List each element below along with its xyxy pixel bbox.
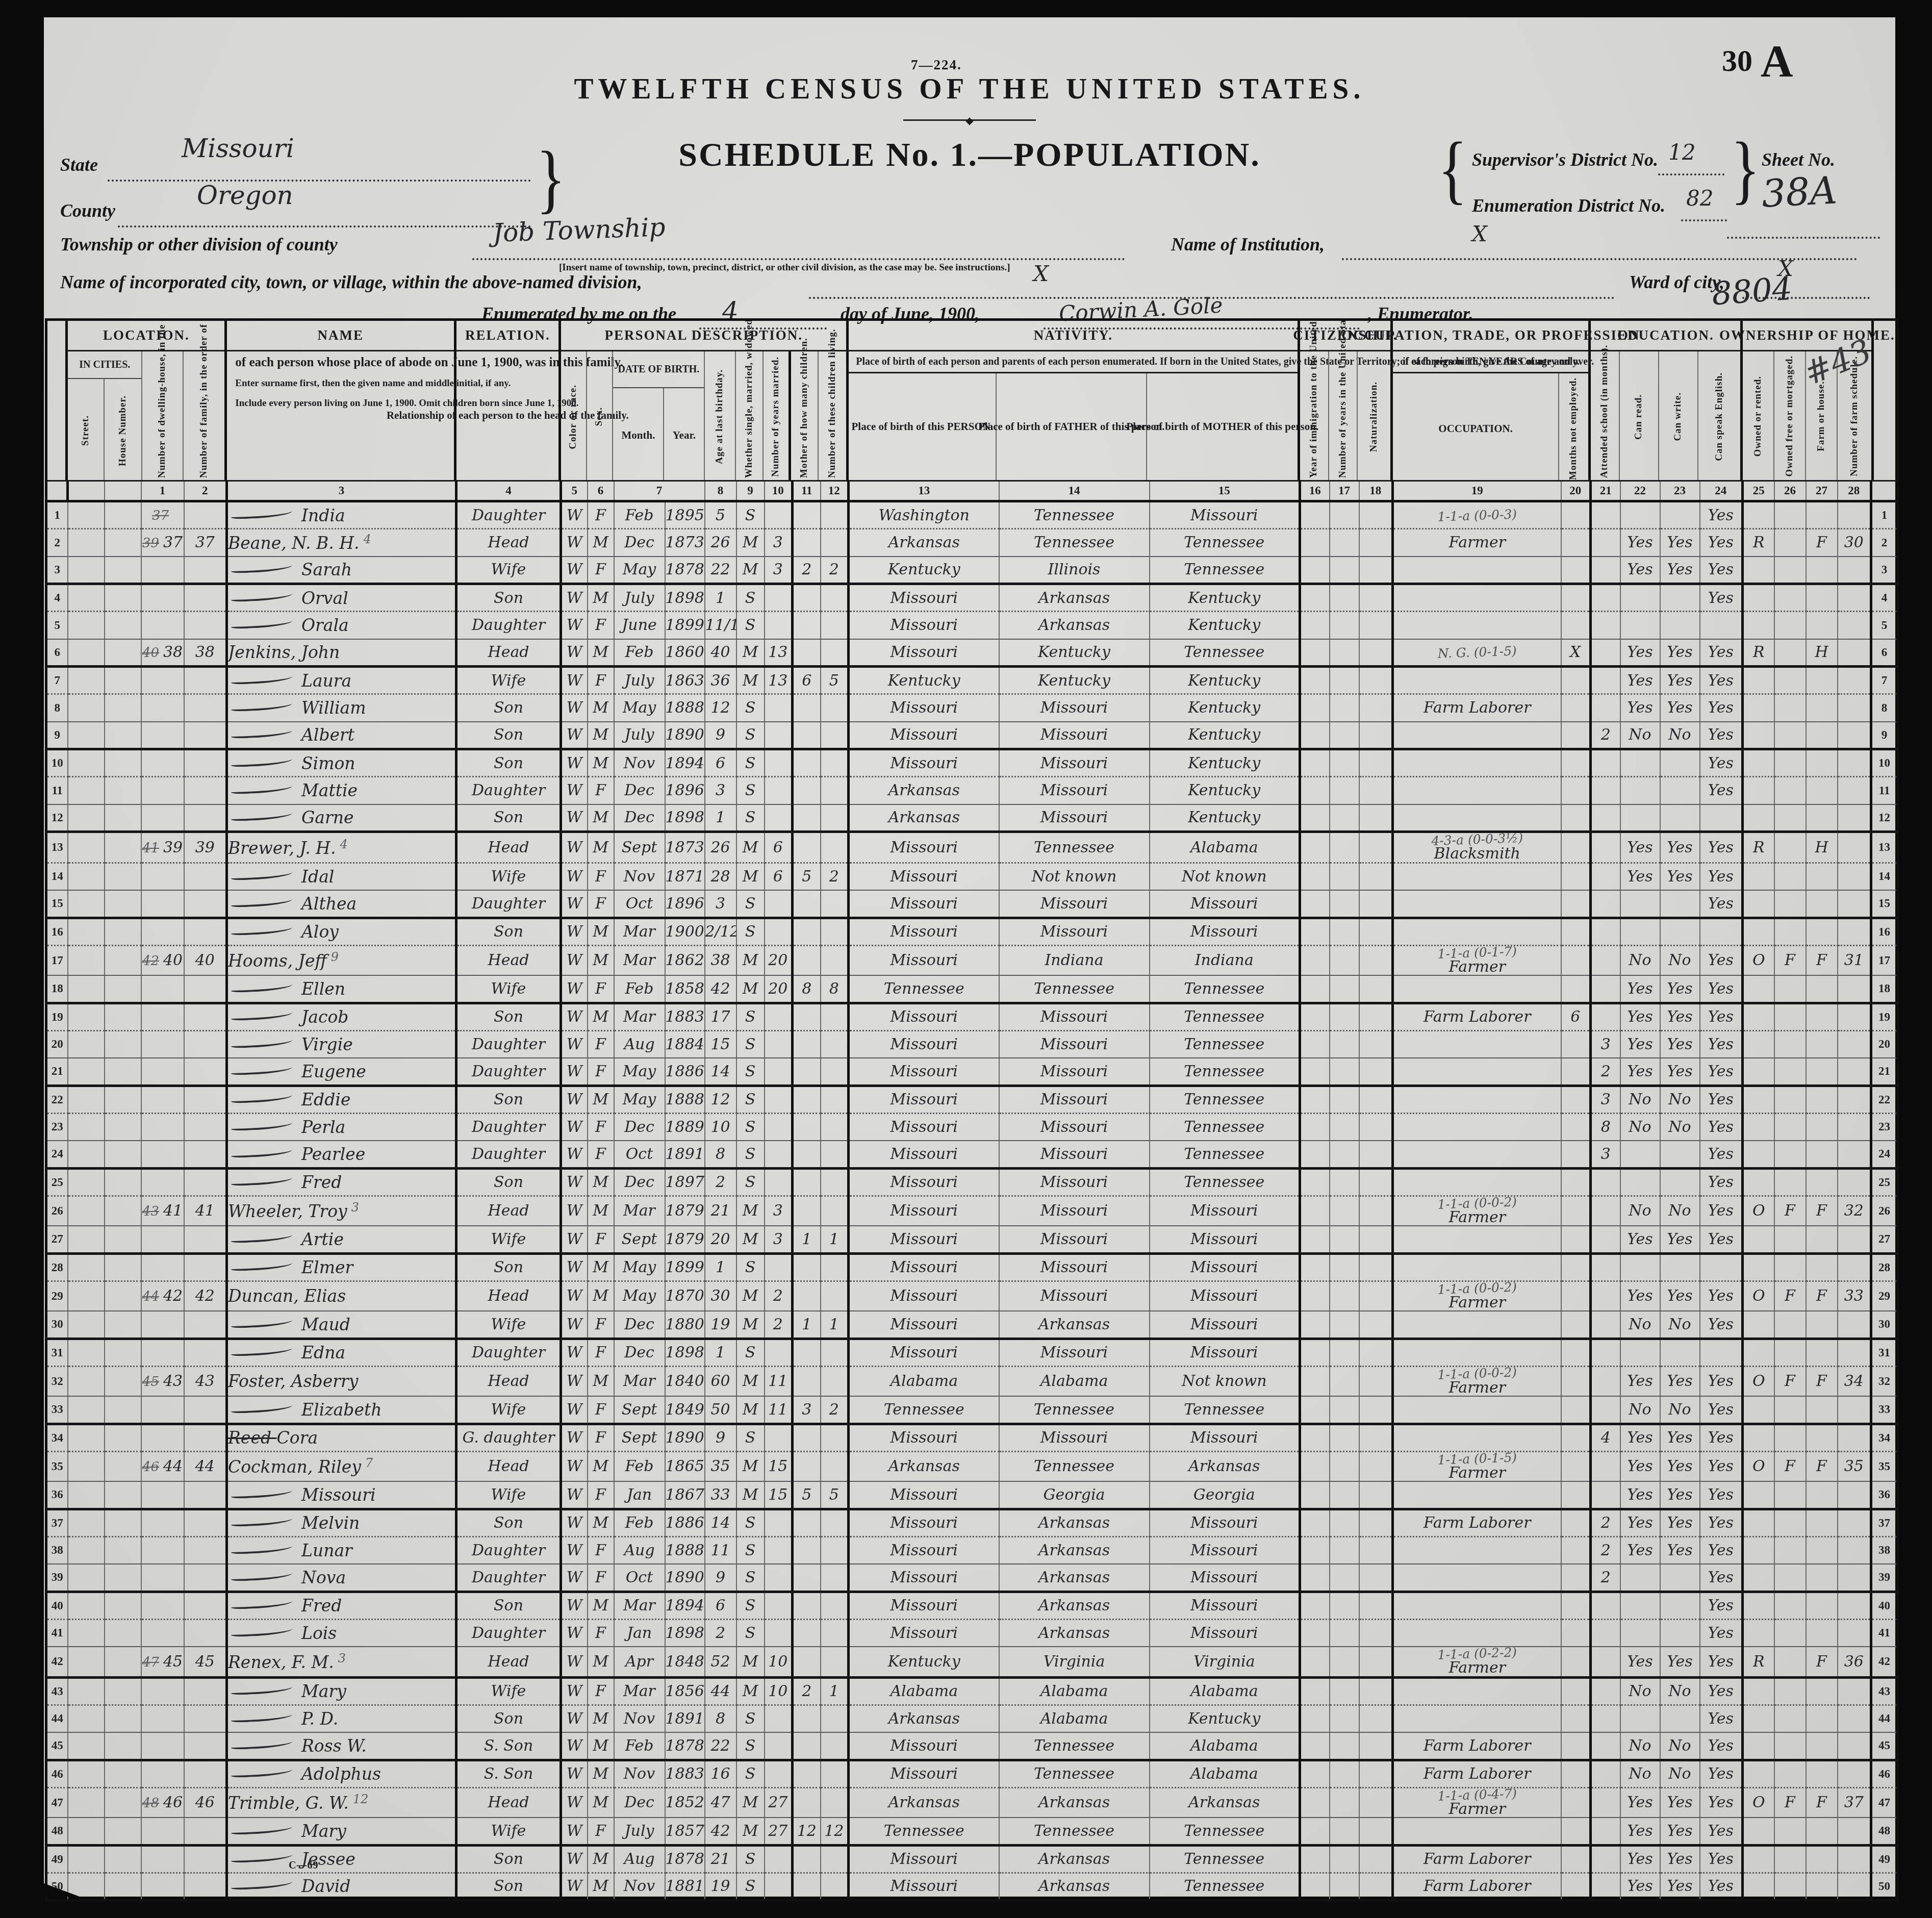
age-cell: 35 xyxy=(705,1451,736,1481)
line-number: 24 xyxy=(1871,1141,1898,1168)
ditto-mark xyxy=(231,1318,292,1328)
relation-cell: Daughter xyxy=(456,1058,561,1086)
farm-schedule-cell xyxy=(1838,1536,1871,1564)
mother-of-cell xyxy=(793,584,821,612)
pob-person-cell: Missouri xyxy=(849,1481,999,1509)
naturalization-cell xyxy=(1359,863,1393,890)
marital-cell: M xyxy=(736,639,765,667)
age-cell: 42 xyxy=(705,975,736,1003)
sheet-value: 38A xyxy=(1761,168,1838,216)
age-cell: 21 xyxy=(705,1845,736,1873)
color-cell: W xyxy=(561,1619,588,1647)
naturalization-cell xyxy=(1359,501,1393,529)
ditto-mark xyxy=(231,784,292,794)
farm-house-cell xyxy=(1806,1592,1838,1619)
col-age: Age at last birthday. xyxy=(705,351,736,481)
can-read-cell: No xyxy=(1620,945,1660,975)
group-education: EDUCATION. Attended school (in months). … xyxy=(1591,321,1743,480)
years-married-cell xyxy=(765,1705,793,1732)
column-number: 27 xyxy=(1806,481,1838,501)
birth-year-cell: 1900 xyxy=(665,918,705,945)
children-living-cell: 5 xyxy=(821,1481,849,1509)
years-us-cell xyxy=(1330,1058,1359,1086)
table-row: 2393737Beane, N. B. H.4HeadWMDec187326M3… xyxy=(46,529,1898,557)
street-cell xyxy=(68,749,105,777)
occupation-cell xyxy=(1393,1253,1561,1281)
table-header: LOCATION. IN CITIES. Street. House Numbe… xyxy=(47,321,1896,480)
free-mortgaged-cell xyxy=(1774,694,1806,722)
birth-month-cell: May xyxy=(614,1281,665,1311)
state-county-brace: } xyxy=(536,135,566,222)
farm-house-cell xyxy=(1806,1481,1838,1509)
attended-school-cell xyxy=(1591,639,1620,667)
relation-cell: Head xyxy=(456,1647,561,1677)
years-married-cell xyxy=(765,1845,793,1873)
house-number-cell xyxy=(105,1253,141,1281)
age-cell: 2 xyxy=(705,1168,736,1196)
name-cell: Maud xyxy=(227,1311,456,1339)
line-number: 44 xyxy=(46,1705,68,1732)
years-us-cell xyxy=(1330,1030,1359,1058)
pob-mother-cell: Tennessee xyxy=(1150,1873,1300,1900)
color-cell: W xyxy=(561,1311,588,1339)
family-number-cell xyxy=(184,1873,227,1900)
attended-school-cell xyxy=(1591,557,1620,584)
ditto-mark xyxy=(231,1544,292,1554)
house-number-cell xyxy=(105,529,141,557)
can-read-cell xyxy=(1620,612,1660,639)
sex-cell: M xyxy=(588,1873,614,1900)
street-cell xyxy=(68,975,105,1003)
birth-month-cell: Dec xyxy=(614,1787,665,1818)
pob-person-cell: Missouri xyxy=(849,863,999,890)
sex-cell: M xyxy=(588,722,614,749)
dwelling-number-cell xyxy=(141,1396,184,1424)
street-cell xyxy=(68,1677,105,1705)
immigration-cell xyxy=(1300,1424,1330,1451)
children-living-cell: 2 xyxy=(821,863,849,890)
owned-rented-cell: O xyxy=(1743,1451,1774,1481)
pob-mother-cell: Virginia xyxy=(1150,1647,1300,1677)
children-living-cell xyxy=(821,1003,849,1030)
marital-cell: S xyxy=(736,1592,765,1619)
years-us-cell xyxy=(1330,1873,1359,1900)
house-number-cell xyxy=(105,1003,141,1030)
table-row: 26434141Wheeler, Troy3HeadWMMar187921M3M… xyxy=(46,1196,1898,1226)
birth-month-cell: Dec xyxy=(614,1311,665,1339)
can-write-cell: Yes xyxy=(1660,1647,1700,1677)
dwelling-number-cell xyxy=(141,749,184,777)
birth-year-cell: 1899 xyxy=(665,612,705,639)
owned-rented-cell xyxy=(1743,1003,1774,1030)
can-read-cell: No xyxy=(1620,1196,1660,1226)
children-living-cell xyxy=(821,918,849,945)
birth-month-cell: Dec xyxy=(614,1168,665,1196)
sex-cell: M xyxy=(588,1281,614,1311)
line-number: 25 xyxy=(1871,1168,1898,1196)
family-number-cell xyxy=(184,1818,227,1845)
attended-school-cell xyxy=(1591,584,1620,612)
occupation-cell xyxy=(1393,1536,1561,1564)
relation-cell: G. daughter xyxy=(456,1424,561,1451)
birth-month-cell: May xyxy=(614,1086,665,1113)
house-number-cell xyxy=(105,975,141,1003)
line-number: 17 xyxy=(46,945,68,975)
street-cell xyxy=(68,584,105,612)
pob-person-cell: Arkansas xyxy=(849,804,999,832)
relation-cell: Head xyxy=(456,945,561,975)
birth-month-cell: Jan xyxy=(614,1481,665,1509)
can-read-cell: Yes xyxy=(1620,667,1660,694)
years-us-cell xyxy=(1330,1141,1359,1168)
relation-cell: Son xyxy=(456,1003,561,1030)
naturalization-cell xyxy=(1359,1705,1393,1732)
naturalization-cell xyxy=(1359,1141,1393,1168)
age-cell: 14 xyxy=(705,1509,736,1536)
ditto-mark xyxy=(231,563,292,573)
pob-father-cell: Arkansas xyxy=(999,1787,1150,1818)
age-cell: 11/12 xyxy=(705,612,736,639)
birth-year-cell: 1889 xyxy=(665,1113,705,1141)
birth-year-cell: 1897 xyxy=(665,1168,705,1196)
birth-year-cell: 1888 xyxy=(665,694,705,722)
color-cell: W xyxy=(561,1141,588,1168)
children-living-cell xyxy=(821,1281,849,1311)
line-number: 33 xyxy=(46,1396,68,1424)
free-mortgaged-cell xyxy=(1774,1058,1806,1086)
table-row: 42474545Renex, F. M.3HeadWMApr184852M10K… xyxy=(46,1647,1898,1677)
age-cell: 16 xyxy=(705,1760,736,1787)
months-not-employed-cell: X xyxy=(1561,639,1591,667)
months-not-employed-cell xyxy=(1561,749,1591,777)
sex-cell: F xyxy=(588,612,614,639)
farm-house-cell: F xyxy=(1806,529,1838,557)
table-row: 8WilliamSonWMMay188812SMissouriMissouriK… xyxy=(46,694,1898,722)
can-speak-cell: Yes xyxy=(1700,529,1743,557)
immigration-cell xyxy=(1300,1536,1330,1564)
family-number-cell xyxy=(184,1677,227,1705)
children-living-cell xyxy=(821,612,849,639)
name-desc: of each person whose place of abode on J… xyxy=(235,355,446,370)
table-row: 22EddieSonWMMay188812SMissouriMissouriTe… xyxy=(46,1086,1898,1113)
pob-person-cell: Missouri xyxy=(849,694,999,722)
age-cell: 8 xyxy=(705,1141,736,1168)
pob-mother-cell: Missouri xyxy=(1150,1196,1300,1226)
naturalization-cell xyxy=(1359,694,1393,722)
line-number: 22 xyxy=(1871,1086,1898,1113)
col-dwelling-number: Number of dwelling-house, in the order o… xyxy=(142,351,184,481)
street-cell xyxy=(68,1732,105,1760)
months-not-employed-cell xyxy=(1561,1451,1591,1481)
table-header-row: LOCATION. IN CITIES. Street. House Numbe… xyxy=(46,320,1898,481)
owned-rented-cell xyxy=(1743,667,1774,694)
table-row: 36MissouriWifeWFJan186733M1555MissouriGe… xyxy=(46,1481,1898,1509)
age-cell: 21 xyxy=(705,1196,736,1226)
can-speak-cell xyxy=(1700,804,1743,832)
column-number xyxy=(1871,481,1898,501)
occupation-cell xyxy=(1393,777,1561,804)
supervisor-value: 12 xyxy=(1668,140,1695,165)
table-row: 13413939Brewer, J. H.4HeadWMSept187326M6… xyxy=(46,832,1898,863)
children-living-cell: 1 xyxy=(821,1677,849,1705)
mother-of-cell xyxy=(793,1760,821,1787)
children-living-cell xyxy=(821,1536,849,1564)
name-cell: Garne xyxy=(227,804,456,832)
attended-school-cell: 4 xyxy=(1591,1424,1620,1451)
years-us-cell xyxy=(1330,1564,1359,1592)
farm-house-cell xyxy=(1806,1845,1838,1873)
pob-father-cell: Not known xyxy=(999,863,1150,890)
pob-mother-cell: Missouri xyxy=(1150,1339,1300,1366)
col-marital-status: Whether single, married, widowed, or div… xyxy=(736,351,764,481)
line-number: 12 xyxy=(1871,804,1898,832)
years-married-cell xyxy=(765,1058,793,1086)
mother-of-cell xyxy=(793,1281,821,1311)
attended-school-cell xyxy=(1591,945,1620,975)
occupation-cell xyxy=(1393,975,1561,1003)
color-cell: W xyxy=(561,777,588,804)
sex-cell: F xyxy=(588,1311,614,1339)
owned-rented-cell xyxy=(1743,1339,1774,1366)
ditto-mark xyxy=(231,982,292,993)
naturalization-cell xyxy=(1359,1424,1393,1451)
age-cell: 17 xyxy=(705,1003,736,1030)
relation-cell: Wife xyxy=(456,975,561,1003)
can-write-cell: Yes xyxy=(1660,1366,1700,1396)
street-cell xyxy=(68,1196,105,1226)
name-cell: Pearlee xyxy=(227,1141,456,1168)
birth-year-cell: 1890 xyxy=(665,722,705,749)
street-cell xyxy=(68,1396,105,1424)
marital-cell: S xyxy=(736,804,765,832)
months-not-employed-cell xyxy=(1561,1086,1591,1113)
children-living-cell xyxy=(821,1760,849,1787)
relation-cell: Daughter xyxy=(456,1536,561,1564)
months-not-employed-cell xyxy=(1561,1818,1591,1845)
line-number: 20 xyxy=(1871,1030,1898,1058)
line-number: 27 xyxy=(46,1226,68,1253)
line-number: 15 xyxy=(1871,890,1898,918)
table-row: 41LoisDaughterWFJan18982SMissouriArkansa… xyxy=(46,1619,1898,1647)
farm-house-cell xyxy=(1806,1253,1838,1281)
immigration-cell xyxy=(1300,804,1330,832)
pob-father-cell: Missouri xyxy=(999,1339,1150,1366)
pob-person-cell: Tennessee xyxy=(849,975,999,1003)
dwelling-number-cell xyxy=(141,584,184,612)
street-cell xyxy=(68,890,105,918)
farm-house-cell xyxy=(1806,890,1838,918)
pob-father-cell: Arkansas xyxy=(999,1873,1150,1900)
sex-cell: F xyxy=(588,1339,614,1366)
name-note1: Enter surname first, then the given name… xyxy=(235,377,446,390)
years-us-cell xyxy=(1330,832,1359,863)
birth-year-cell: 1878 xyxy=(665,1732,705,1760)
birth-year-cell: 1881 xyxy=(665,1873,705,1900)
years-married-cell xyxy=(765,777,793,804)
relation-cell: Son xyxy=(456,804,561,832)
can-write-cell: Yes xyxy=(1660,1424,1700,1451)
immigration-cell xyxy=(1300,1845,1330,1873)
farm-schedule-cell xyxy=(1838,804,1871,832)
months-not-employed-cell xyxy=(1561,1732,1591,1760)
owned-rented-cell xyxy=(1743,863,1774,890)
house-number-cell xyxy=(105,1619,141,1647)
line-number: 20 xyxy=(46,1030,68,1058)
family-number-cell xyxy=(184,1396,227,1424)
relation-cell: Son xyxy=(456,1168,561,1196)
marital-cell: M xyxy=(736,1366,765,1396)
can-write-cell: Yes xyxy=(1660,529,1700,557)
house-number-cell xyxy=(105,557,141,584)
table-row: 30MaudWifeWFDec188019M211MissouriArkansa… xyxy=(46,1311,1898,1339)
owned-rented-cell xyxy=(1743,1592,1774,1619)
birth-year-cell: 1896 xyxy=(665,777,705,804)
occupation-cell: 1-1-a (0-4-7)Farmer xyxy=(1393,1787,1561,1818)
ditto-mark xyxy=(231,870,292,880)
years-married-cell: 3 xyxy=(765,529,793,557)
age-cell: 42 xyxy=(705,1818,736,1845)
can-write-cell xyxy=(1660,1141,1700,1168)
marital-cell: S xyxy=(736,1705,765,1732)
table-row: 21EugeneDaughterWFMay188614SMissouriMiss… xyxy=(46,1058,1898,1086)
line-number: 16 xyxy=(1871,918,1898,945)
can-write-cell xyxy=(1660,777,1700,804)
naturalization-cell xyxy=(1359,1619,1393,1647)
column-number: 7 xyxy=(614,481,705,501)
age-cell: 11 xyxy=(705,1536,736,1564)
free-mortgaged-cell xyxy=(1774,1509,1806,1536)
relation-cell: Head xyxy=(456,639,561,667)
family-number-cell xyxy=(184,1592,227,1619)
occupation-cell xyxy=(1393,890,1561,918)
name-cell: Adolphus xyxy=(227,1760,456,1787)
table-row: 17424040Hooms, Jeff9HeadWMMar186238M20Mi… xyxy=(46,945,1898,975)
occupation-cell xyxy=(1393,1058,1561,1086)
ditto-mark xyxy=(231,1599,292,1609)
years-married-cell xyxy=(765,612,793,639)
free-mortgaged-cell xyxy=(1774,1845,1806,1873)
birth-year-cell: 1873 xyxy=(665,529,705,557)
naturalization-cell xyxy=(1359,639,1393,667)
years-us-cell xyxy=(1330,1311,1359,1339)
years-us-cell xyxy=(1330,584,1359,612)
family-number-cell xyxy=(184,722,227,749)
age-cell: 60 xyxy=(705,1366,736,1396)
pob-person-cell: Missouri xyxy=(849,1253,999,1281)
owned-rented-cell xyxy=(1743,584,1774,612)
pob-father-cell: Missouri xyxy=(999,694,1150,722)
relation-cell: S. Son xyxy=(456,1760,561,1787)
street-cell xyxy=(68,1058,105,1086)
group-citizenship: CITIZENSHIP. Year of immigration to the … xyxy=(1300,321,1393,480)
institution-label: Name of Institution, xyxy=(1171,234,1325,255)
line-number: 1 xyxy=(1871,501,1898,529)
months-not-employed-cell xyxy=(1561,1647,1591,1677)
house-number-cell xyxy=(105,1424,141,1451)
attended-school-cell xyxy=(1591,529,1620,557)
line-number: 3 xyxy=(46,557,68,584)
age-cell: 22 xyxy=(705,557,736,584)
birth-year-cell: 1852 xyxy=(665,1787,705,1818)
owned-rented-cell xyxy=(1743,1424,1774,1451)
children-living-cell xyxy=(821,804,849,832)
can-speak-cell: Yes xyxy=(1700,1003,1743,1030)
family-number-cell xyxy=(184,1141,227,1168)
months-not-employed-cell xyxy=(1561,1619,1591,1647)
street-cell xyxy=(68,529,105,557)
owned-rented-cell xyxy=(1743,1536,1774,1564)
can-read-cell xyxy=(1620,890,1660,918)
can-speak-cell: Yes xyxy=(1700,1226,1743,1253)
col-mother-of: Mother of how many children. xyxy=(791,351,819,481)
street-cell xyxy=(68,1339,105,1366)
name-cell: David xyxy=(227,1873,456,1900)
free-mortgaged-cell xyxy=(1774,612,1806,639)
months-not-employed-cell xyxy=(1561,1845,1591,1873)
naturalization-cell xyxy=(1359,1366,1393,1396)
relation-cell: Daughter xyxy=(456,777,561,804)
occupation-cell xyxy=(1393,584,1561,612)
pob-person-cell: Missouri xyxy=(849,1873,999,1900)
can-read-cell: No xyxy=(1620,1760,1660,1787)
mother-of-cell xyxy=(793,639,821,667)
pob-father-cell: Missouri xyxy=(999,749,1150,777)
farm-schedule-cell xyxy=(1838,1226,1871,1253)
can-speak-cell: Yes xyxy=(1700,639,1743,667)
months-not-employed-cell xyxy=(1561,1196,1591,1226)
col-birth-month: Month. xyxy=(613,388,664,481)
birth-month-cell: May xyxy=(614,1253,665,1281)
mother-of-cell xyxy=(793,1196,821,1226)
table-row: 34Reed CoraG. daughterWFSept18909SMissou… xyxy=(46,1424,1898,1451)
table-row: 9AlbertSonWMJuly18909SMissouriMissouriKe… xyxy=(46,722,1898,749)
can-speak-cell: Yes xyxy=(1700,722,1743,749)
house-number-cell xyxy=(105,1536,141,1564)
house-number-cell xyxy=(105,1339,141,1366)
can-write-cell: Yes xyxy=(1660,832,1700,863)
relation-cell: Daughter xyxy=(456,1030,561,1058)
years-us-cell xyxy=(1330,1677,1359,1705)
marital-cell: M xyxy=(736,667,765,694)
color-cell: W xyxy=(561,1366,588,1396)
line-number: 43 xyxy=(46,1677,68,1705)
pob-person-cell: Missouri xyxy=(849,1424,999,1451)
birth-year-cell: 1856 xyxy=(665,1677,705,1705)
free-mortgaged-cell xyxy=(1774,584,1806,612)
col-years-married: Number of years married. xyxy=(764,351,791,481)
farm-house-cell: F xyxy=(1806,945,1838,975)
owned-rented-cell xyxy=(1743,1760,1774,1787)
sex-cell: F xyxy=(588,1536,614,1564)
pob-person-cell: Missouri xyxy=(849,1030,999,1058)
immigration-cell xyxy=(1300,501,1330,529)
mother-of-cell xyxy=(793,804,821,832)
relation-cell: Daughter xyxy=(456,1619,561,1647)
farm-schedule-cell xyxy=(1838,612,1871,639)
can-speak-cell: Yes xyxy=(1700,832,1743,863)
table-row: 49JesseeSonWMAug187821SMissouriArkansasT… xyxy=(46,1845,1898,1873)
column-number: 10 xyxy=(765,481,793,501)
can-read-cell xyxy=(1620,804,1660,832)
age-cell: 1 xyxy=(705,1253,736,1281)
children-living-cell xyxy=(821,584,849,612)
pob-father-cell: Missouri xyxy=(999,1003,1150,1030)
can-read-cell: Yes xyxy=(1620,1536,1660,1564)
age-cell: 22 xyxy=(705,1732,736,1760)
color-cell: W xyxy=(561,1113,588,1141)
occupation-cell: 1-1-a (0-0-2)Farmer xyxy=(1393,1196,1561,1226)
family-number-cell xyxy=(184,804,227,832)
